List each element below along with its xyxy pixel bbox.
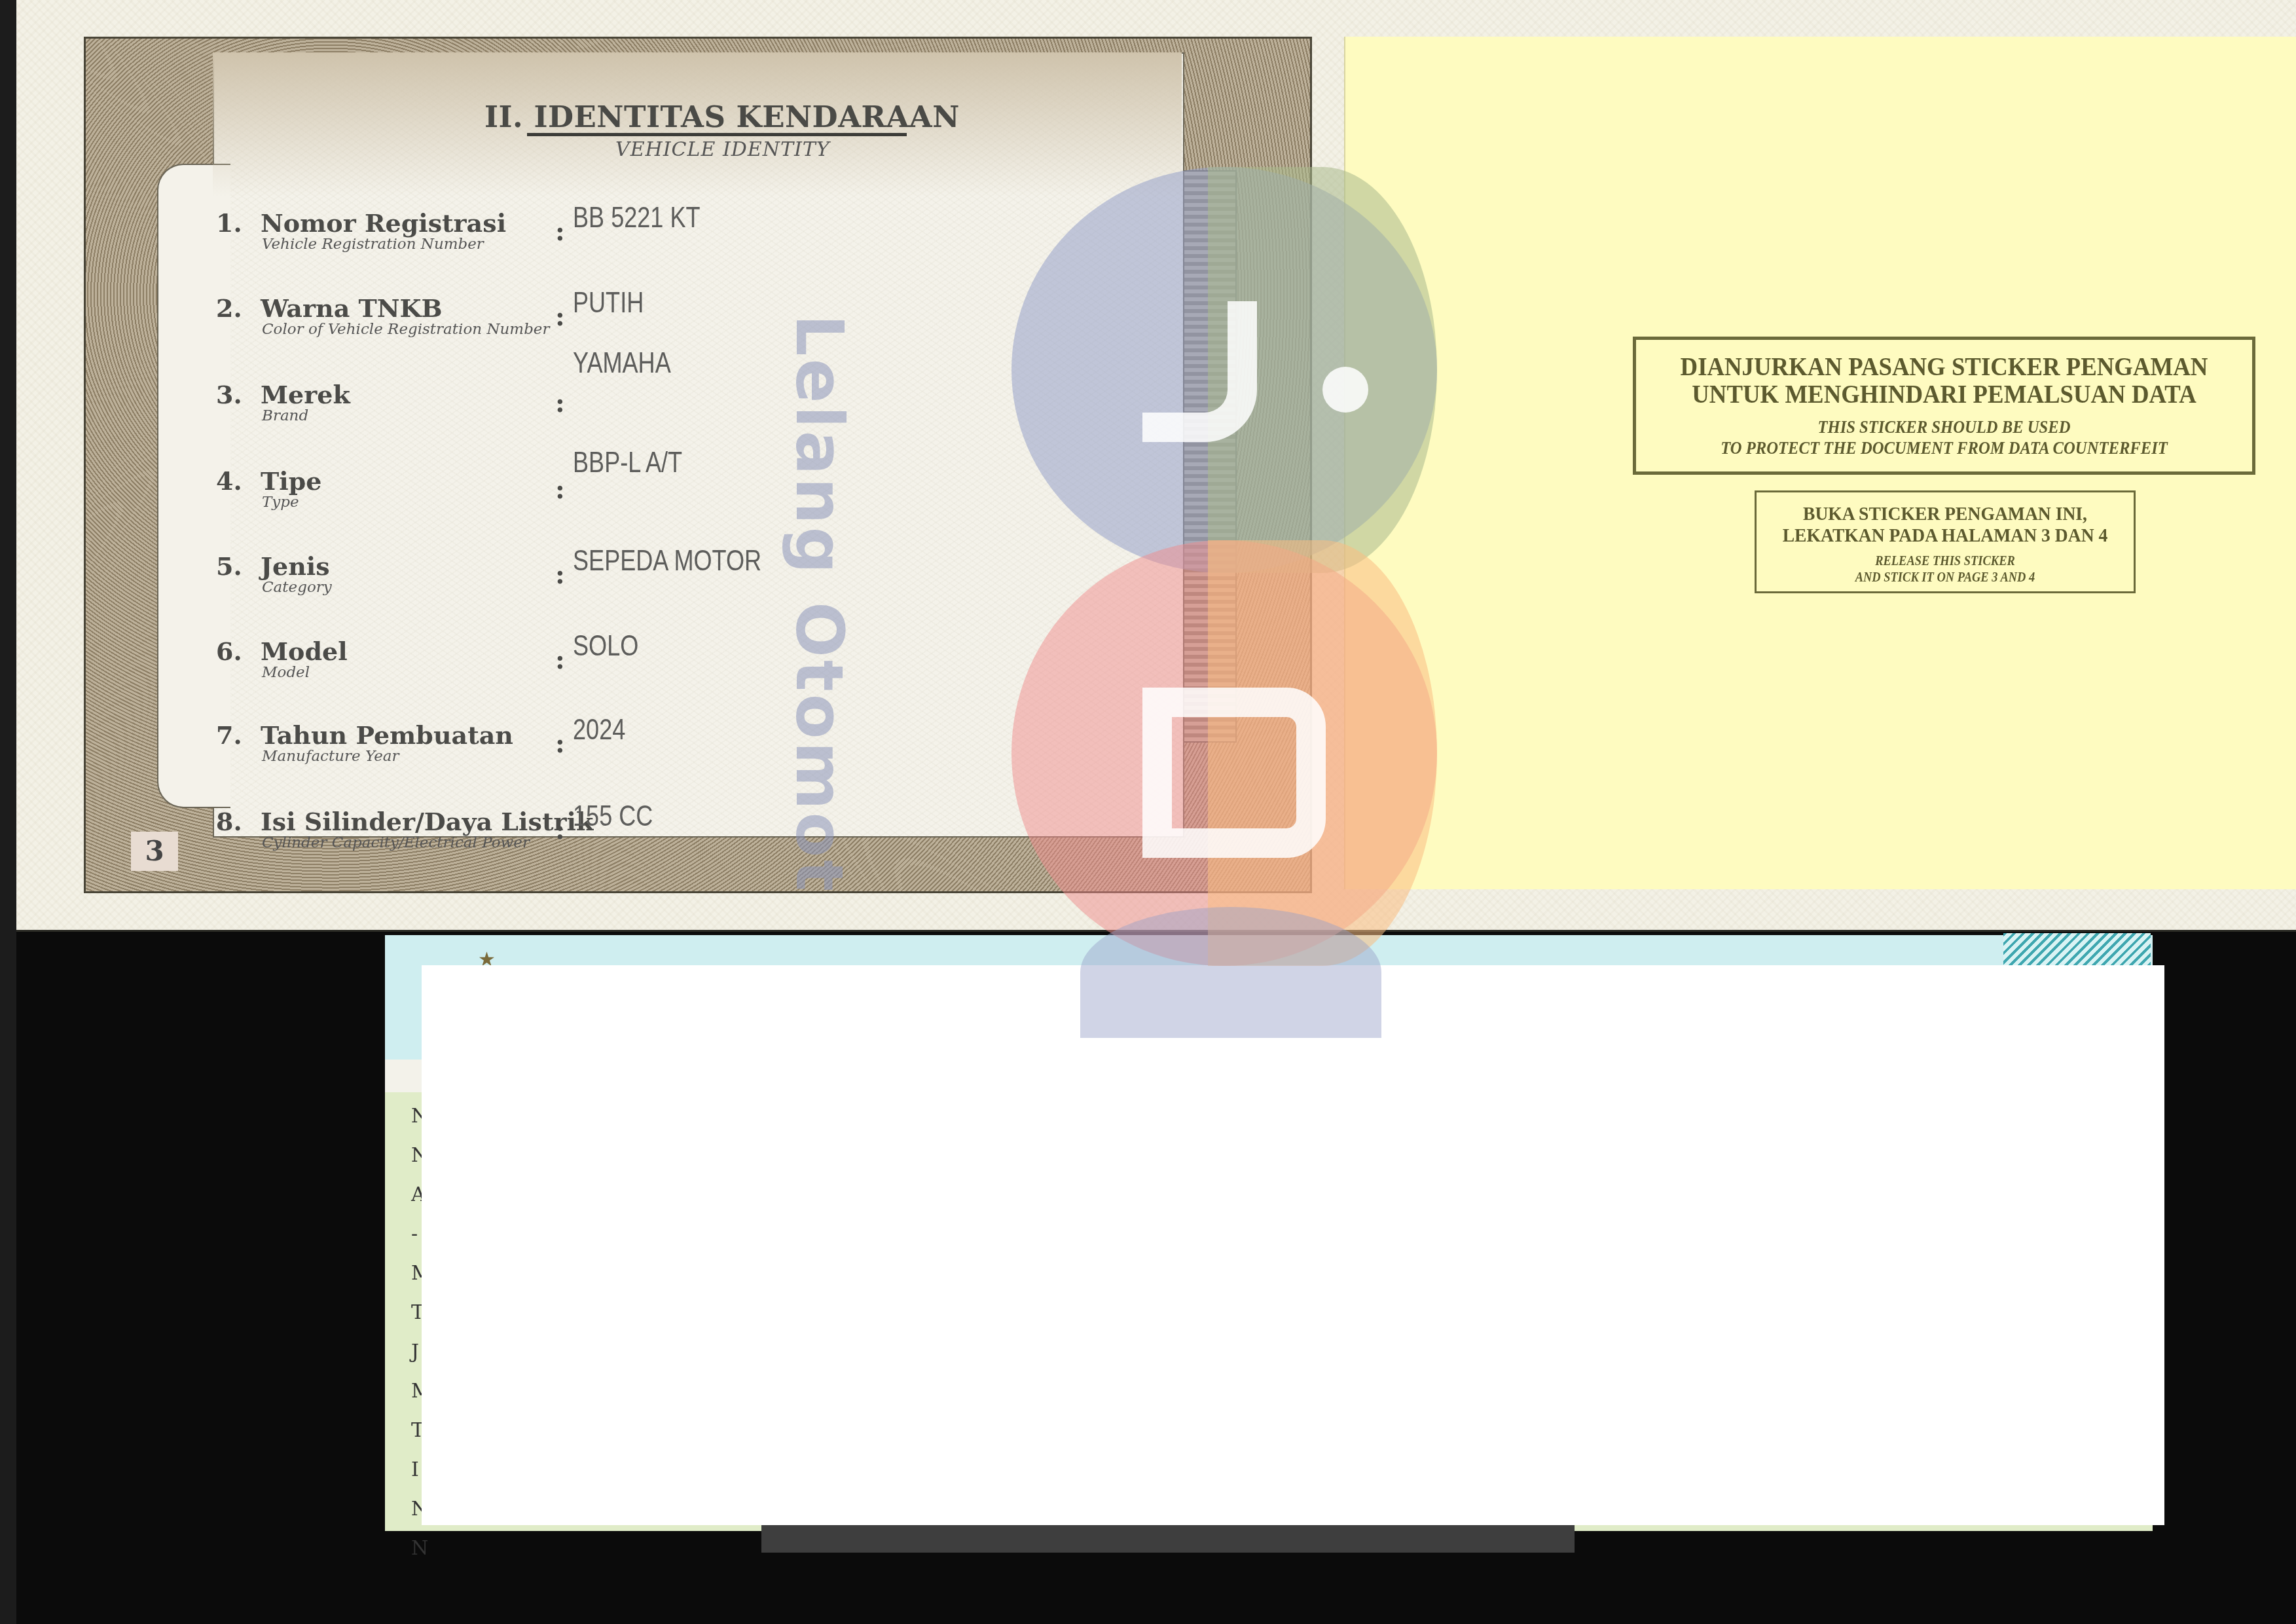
title-underline: [527, 133, 907, 136]
field-value: 2024: [573, 714, 625, 747]
field-value: BBP-L A/T: [573, 447, 682, 479]
notice-main-2: UNTUK MENGHINDARI PEMALSUAN DATA: [1661, 380, 2228, 408]
watermark-text: Lelang Otomot: [781, 314, 858, 894]
field-colon: :: [555, 388, 565, 418]
field-number: 5.: [216, 551, 242, 581]
watermark-logo-glyph-lower: [1142, 688, 1326, 858]
field-row: 2.Warna TNKBColor of Vehicle Registratio…: [216, 293, 805, 365]
field-label: Isi Silinder/Daya Listrik: [261, 807, 593, 836]
field-number: 7.: [216, 720, 242, 750]
field-row: 5.JenisCategory:SEPEDA MOTOR: [216, 551, 805, 623]
field-colon: :: [555, 216, 565, 247]
field-label: Merek: [261, 380, 350, 409]
field-row: 6.ModelModel:SOLO: [216, 637, 805, 709]
field-value: SOLO: [573, 630, 638, 663]
field-value: 155 CC: [573, 800, 653, 833]
notice-sub-2: TO PROTECT THE DOCUMENT FROM DATA COUNTE…: [1673, 438, 2215, 459]
watermark-circle-blue-lower: [1080, 907, 1381, 1038]
field-number: 3.: [216, 380, 242, 409]
release-sub-1: RELEASE THIS STICKER: [1779, 553, 2111, 569]
field-label: Nomor Registrasi: [261, 208, 506, 238]
page-number: 3: [131, 832, 178, 871]
field-colon: :: [555, 728, 565, 759]
redaction-block: [422, 965, 2164, 1525]
field-label-english: Model: [262, 664, 310, 681]
field-label: Warna TNKB: [261, 293, 443, 323]
section-title: II. IDENTITAS KENDARAAN: [484, 100, 960, 134]
field-row: 4.TipeType:BBP-L A/T: [216, 466, 805, 538]
field-colon: :: [555, 474, 565, 505]
field-label: Tahun Pembuatan: [261, 720, 513, 750]
field-colon: :: [555, 815, 565, 845]
watermark-logo-dot: [1322, 367, 1368, 413]
field-value: PUTIH: [573, 287, 644, 320]
field-number: 4.: [216, 466, 242, 496]
field-colon: :: [555, 644, 565, 675]
field-colon: :: [555, 559, 565, 590]
watermark-logo-glyph: [1142, 301, 1257, 442]
release-main-1: BUKA STICKER PENGAMAN INI,: [1772, 503, 2119, 525]
sticker-notice-box: DIANJURKAN PASANG STICKER PENGAMAN UNTUK…: [1633, 337, 2255, 475]
field-number: 2.: [216, 293, 242, 323]
field-label: Jenis: [261, 551, 330, 581]
sticker-release-box[interactable]: BUKA STICKER PENGAMAN INI, LEKATKAN PADA…: [1755, 490, 2136, 593]
field-number: 1.: [216, 208, 242, 238]
field-row: 3.MerekBrand:YAMAHA: [216, 380, 805, 452]
card-initial: N: [411, 1539, 423, 1559]
release-sub-2: AND STICK IT ON PAGE 3 AND 4: [1779, 569, 2111, 585]
field-label: Model: [261, 637, 348, 666]
field-label-english: Category: [262, 579, 332, 596]
card-security-pattern: [2003, 933, 2151, 966]
field-value: BB 5221 KT: [573, 202, 701, 234]
scan-edge: [0, 0, 16, 1624]
field-value: YAMAHA: [573, 347, 671, 380]
notice-sub-1: THIS STICKER SHOULD BE USED: [1673, 417, 2215, 438]
field-number: 6.: [216, 637, 242, 666]
field-label-english: Brand: [262, 407, 308, 424]
field-number: 8.: [216, 807, 242, 836]
field-value: SEPEDA MOTOR: [573, 545, 761, 578]
field-colon: :: [555, 301, 565, 332]
field-label-english: Manufacture Year: [262, 748, 399, 765]
section-subtitle: VEHICLE IDENTITY: [615, 138, 830, 161]
notice-main-1: DIANJURKAN PASANG STICKER PENGAMAN: [1661, 353, 2228, 380]
redaction-shadow-bar: [761, 1525, 1575, 1553]
field-label-english: Color of Vehicle Registration Number: [262, 321, 549, 338]
field-row: 7.Tahun PembuatanManufacture Year:2024: [216, 720, 805, 792]
field-row: 8.Isi Silinder/Daya ListrikCylinder Capa…: [216, 807, 805, 879]
field-row: 1.Nomor RegistrasiVehicle Registration N…: [216, 208, 805, 280]
field-label-english: Type: [262, 494, 299, 511]
release-main-2: LEKATKAN PADA HALAMAN 3 DAN 4: [1772, 525, 2119, 546]
field-label: Tipe: [261, 466, 321, 496]
field-label-english: Cylinder Capacity/Electrical Power: [262, 834, 530, 851]
field-label-english: Vehicle Registration Number: [262, 236, 484, 253]
